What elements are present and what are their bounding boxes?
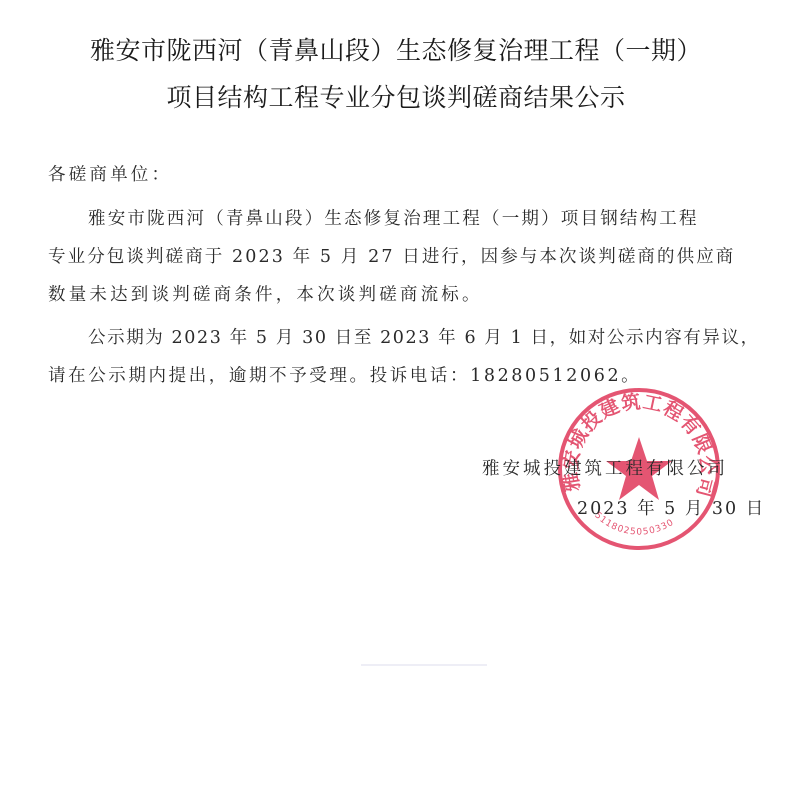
body-line-3: 数量未达到谈判磋商条件，本次谈判磋商流标。 — [48, 281, 483, 306]
body-line-2: 专业分包谈判磋商于 2023 年 5 月 27 日进行，因参与本次谈判磋商的供应… — [48, 243, 735, 268]
signature-date: 2023 年 5 月 30 日 — [577, 495, 765, 520]
document-title-line-1: 雅安市陇西河（青鼻山段）生态修复治理工程（一期） — [0, 31, 792, 67]
document-page: 雅安市陇西河（青鼻山段）生态修复治理工程（一期） 项目结构工程专业分包谈判磋商结… — [0, 0, 792, 803]
body-line-4: 公示期为 2023 年 5 月 30 日至 2023 年 6 月 1 日，如对公… — [88, 324, 760, 349]
signature-company: 雅安城投建筑工程有限公司 — [482, 455, 728, 480]
salutation: 各磋商单位： — [48, 161, 172, 186]
body-line-1: 雅安市陇西河（青鼻山段）生态修复治理工程（一期）项目钢结构工程 — [88, 205, 699, 230]
document-title-line-2: 项目结构工程专业分包谈判磋商结果公示 — [0, 78, 792, 114]
scan-artifact-line — [361, 664, 487, 666]
body-line-5: 请在公示期内提出，逾期不予受理。投诉电话：18280512062。 — [48, 362, 641, 387]
